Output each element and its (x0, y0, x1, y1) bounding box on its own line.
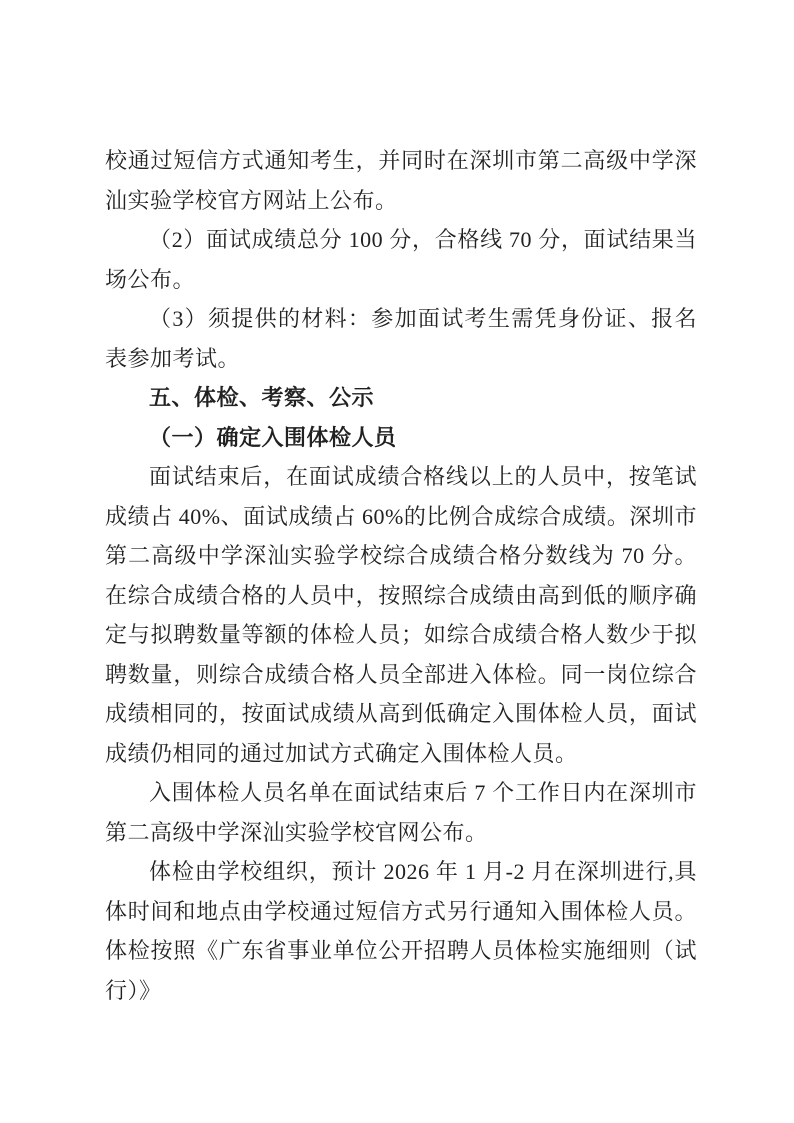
paragraph-composite-score-rules: 面试结束后，在面试成绩合格线以上的人员中，按笔试成绩占 40%、面试成绩占 60… (105, 457, 697, 773)
subsection-heading: （一）确定入围体检人员 (105, 418, 697, 458)
section-heading: 五、体检、考察、公示 (105, 378, 697, 418)
document-body: 校通过短信方式通知考生，并同时在深圳市第二高级中学深汕实验学校官方网站上公布。 … (105, 141, 697, 1010)
paragraph-required-materials: （3）须提供的材料：参加面试考生需凭身份证、报名表参加考试。 (105, 299, 697, 378)
document-page: 校通过短信方式通知考生，并同时在深圳市第二高级中学深汕实验学校官方网站上公布。 … (0, 0, 794, 1123)
paragraph-interview-score: （2）面试成绩总分 100 分，合格线 70 分，面试结果当场公布。 (105, 220, 697, 299)
paragraph-continuation: 校通过短信方式通知考生，并同时在深圳市第二高级中学深汕实验学校官方网站上公布。 (105, 141, 697, 220)
paragraph-physical-exam-arrangement: 体检由学校组织，预计 2026 年 1 月-2 月在深圳进行,具体时间和地点由学… (105, 852, 697, 1010)
paragraph-list-publication: 入围体检人员名单在面试结束后 7 个工作日内在深圳市第二高级中学深汕实验学校官网… (105, 773, 697, 852)
